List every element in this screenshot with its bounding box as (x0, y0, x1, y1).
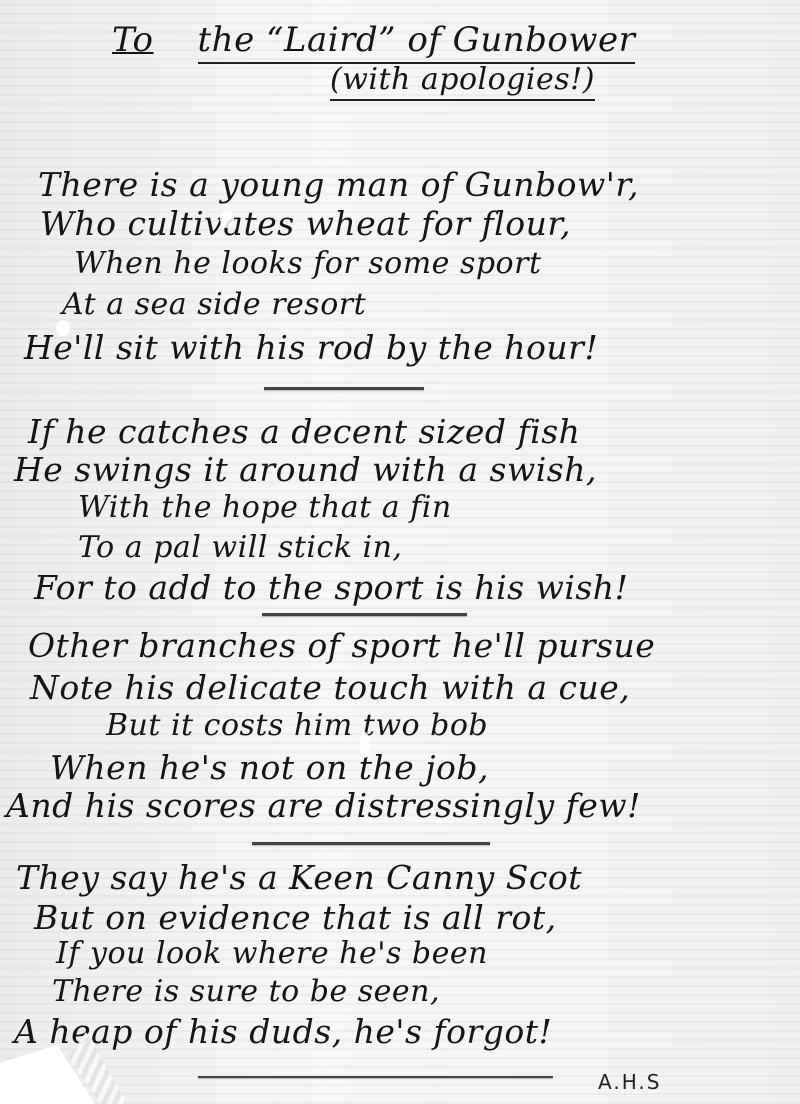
stanza-2-line-2: He swings it around with a swish, (14, 450, 597, 489)
poem-title: Tothe “Laird” of Gunbower (112, 20, 635, 60)
poem-subtitle: (with apologies!) (330, 62, 595, 97)
stanza-3-line-3: But it costs him two bob (106, 708, 488, 743)
stanza-4-line-1: They say he's a Keen Canny Scot (16, 858, 582, 897)
signature: A.H.S (598, 1070, 661, 1094)
title-main: the “Laird” of Gunbower (198, 20, 636, 64)
stanza-1-line-4: At a sea side resort (62, 287, 366, 322)
stanza-divider (252, 842, 490, 845)
stanza-4-line-4: There is sure to be seen, (52, 974, 440, 1009)
paper-hole (220, 210, 234, 228)
stanza-1-line-1: There is a young man of Gunbow'r, (38, 165, 639, 204)
stanza-2-line-1: If he catches a decent sized fish (28, 412, 580, 451)
stanza-1-line-2: Who cultivates wheat for flour, (40, 204, 571, 243)
paper-tear (360, 732, 370, 758)
stanza-3-line-1: Other branches of sport he'll pursue (28, 626, 655, 665)
stanza-2-line-3: With the hope that a fin (78, 490, 452, 525)
closing-divider (198, 1076, 553, 1078)
stanza-divider (264, 387, 424, 390)
stanza-2-line-5: For to add to the sport is his wish! (34, 568, 628, 607)
paper-hole (56, 320, 70, 336)
subtitle-text: (with apologies!) (330, 62, 595, 101)
title-prefix: To (112, 20, 154, 60)
stanza-1-line-3: When he looks for some sport (74, 246, 542, 281)
stanza-2-line-4: To a pal will stick in, (78, 530, 402, 565)
stanza-4-line-2: But on evidence that is all rot, (34, 898, 557, 937)
stanza-4-line-3: If you look where he's been (56, 936, 488, 971)
stanza-3-line-4: When he's not on the job, (50, 748, 489, 787)
stanza-3-line-5: And his scores are distressingly few! (6, 786, 641, 825)
stanza-1-line-5: He'll sit with his rod by the hour! (24, 328, 598, 367)
stanza-3-line-2: Note his delicate touch with a cue, (30, 668, 630, 707)
stanza-4-line-5: A heap of his duds, he's forgot! (14, 1012, 552, 1051)
stanza-divider (262, 613, 467, 616)
